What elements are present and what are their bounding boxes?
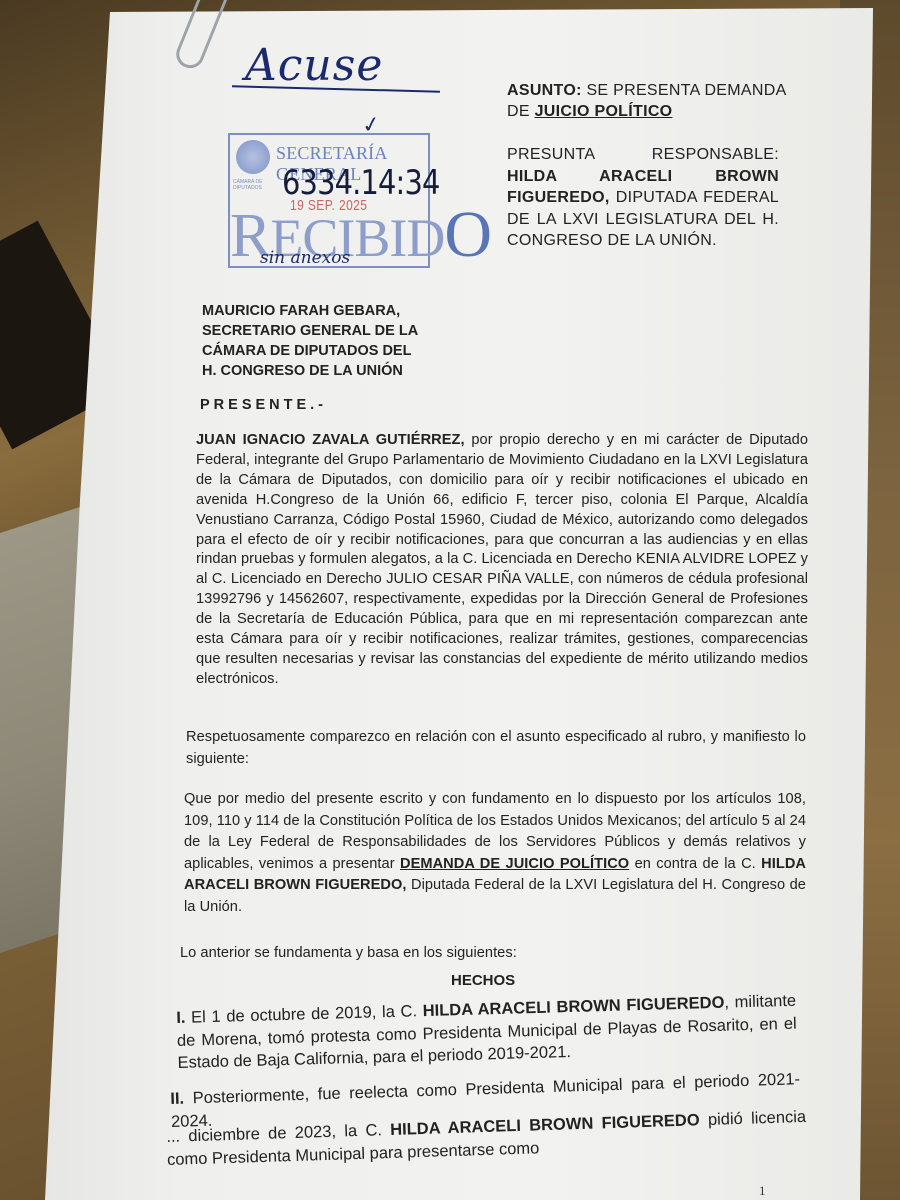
fact-numeral: II. <box>170 1090 184 1108</box>
petitioner-text: por propio derecho y en mi carácter de D… <box>196 432 808 687</box>
addressee-line: SECRETARIO GENERAL DE LA <box>202 321 462 341</box>
addressee-line: MAURICIO FARAH GEBARA, <box>202 301 462 321</box>
section-title-hechos: HECHOS <box>451 972 515 989</box>
addressee-block: MAURICIO FARAH GEBARA, SECRETARIO GENERA… <box>202 301 462 381</box>
respondent-block: PRESUNTA RESPONSABLE: HILDA ARACELI BROW… <box>507 144 779 252</box>
subject-emphasis: JUICIO POLÍTICO <box>535 103 673 120</box>
seal-caption: CÁMARA DE DIPUTADOS <box>233 179 273 191</box>
salutation: PRESENTE.- <box>200 397 327 413</box>
fact-text: ... diciembre de 2023, la C. <box>166 1121 390 1146</box>
handwritten-acuse: Acuse <box>245 40 383 91</box>
subject-label: ASUNTO: <box>507 82 582 99</box>
received-stamp: CÁMARA DE DIPUTADOS SECRETARÍA GENERAL 6… <box>228 133 430 268</box>
demand-text: en contra de la C. <box>629 856 761 872</box>
demand-emphasis: DEMANDA DE JUICIO POLÍTICO <box>400 856 629 872</box>
fact-text: El 1 de octubre de 2019, la C. <box>185 1002 423 1027</box>
handwritten-stamp-note: sin anexos <box>260 248 350 268</box>
respondent-label: PRESUNTA RESPONSABLE: <box>507 146 779 163</box>
paragraph-petitioner: JUAN IGNACIO ZAVALA GUTIÉRREZ, por propi… <box>196 431 808 690</box>
paragraph-basis: Lo anterior se fundamenta y basa en los … <box>180 944 800 964</box>
page-number: 1 <box>759 1183 766 1199</box>
addressee-line: H. CONGRESO DE LA UNIÓN <box>202 361 462 381</box>
petitioner-name: JUAN IGNACIO ZAVALA GUTIÉRREZ, <box>196 432 465 448</box>
subject-block: ASUNTO: SE PRESENTA DEMANDA DE JUICIO PO… <box>507 80 807 122</box>
addressee-line: CÁMARA DE DIPUTADOS DEL <box>202 341 462 361</box>
paragraph-appearance: Respetuosamente comparezco en relación c… <box>186 727 806 770</box>
seal-emblem-icon <box>236 140 270 174</box>
paragraph-demand: Que por medio del presente escrito y con… <box>184 789 806 918</box>
